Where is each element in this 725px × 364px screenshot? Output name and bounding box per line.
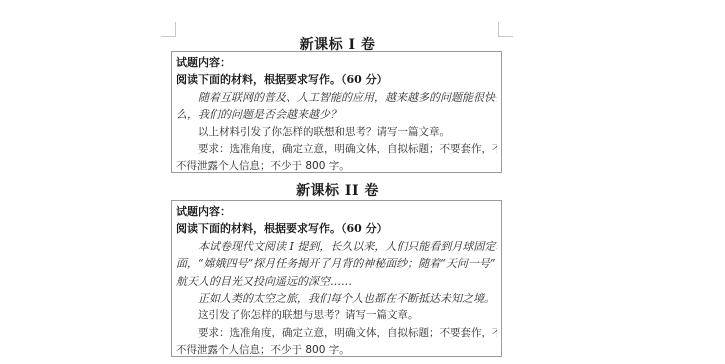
section-1-requirements-line-2: 不得泄露个人信息；不少于 800 字。 (176, 158, 497, 175)
section-2-passage-line-3: 航天人的目光又投向遥远的深空…… (176, 273, 497, 290)
section-1-instruction: 阅读下面的材料，根据要求写作。（60 分） (176, 71, 497, 88)
section-2-content-box: 试题内容： 阅读下面的材料，根据要求写作。（60 分） 本试卷现代文阅读 I 提… (171, 200, 502, 357)
section-1-heading: 试题内容： (176, 54, 497, 71)
page-corner-mark-top-left (161, 22, 176, 37)
page-corner-mark-top-right (498, 22, 513, 37)
section-2-instruction: 阅读下面的材料，根据要求写作。（60 分） (176, 220, 497, 237)
section-1-passage-line-1: 随着互联网的普及、人工智能的应用，越来越多的问题能很快得到答案。那 (176, 89, 497, 106)
section-1-content-box: 试题内容： 阅读下面的材料，根据要求写作。（60 分） 随着互联网的普及、人工智… (171, 51, 502, 173)
section-2-requirements-line-2: 不得泄露个人信息；不少于 800 字。 (176, 342, 497, 359)
section-2-title: 新课标 II 卷 (171, 182, 504, 200)
section-2-passage-line-2: 面，“嫦娥四号”探月任务揭开了月背的神秘面纱；随着“天问一号”飞离地球， (176, 255, 497, 272)
section-1-passage-line-2: 么，我们的问题是否会越来越少？ (176, 106, 497, 123)
section-1-prompt: 以上材料引发了你怎样的联想和思考？请写一篇文章。 (176, 124, 497, 141)
section-2-passage-line-4: 正如人类的太空之旅，我们每个人也都在不断抵达未知之境。 (176, 290, 497, 307)
section-1-requirements-line-1: 要求：选准角度，确定立意，明确文体，自拟标题；不要套作，不得抄袭； (176, 141, 497, 158)
section-2-heading: 试题内容： (176, 203, 497, 220)
section-2-passage-line-1: 本试卷现代文阅读 I 提到，长久以来，人们只能看到月球固定朝向地球的一 (176, 238, 497, 255)
section-2-prompt: 这引发了你怎样的联想与思考？请写一篇文章。 (176, 307, 497, 324)
section-2-requirements-line-1: 要求：选准角度，确定立意，明确文体，自拟标题；不要套作，不得抄袭； (176, 325, 497, 342)
